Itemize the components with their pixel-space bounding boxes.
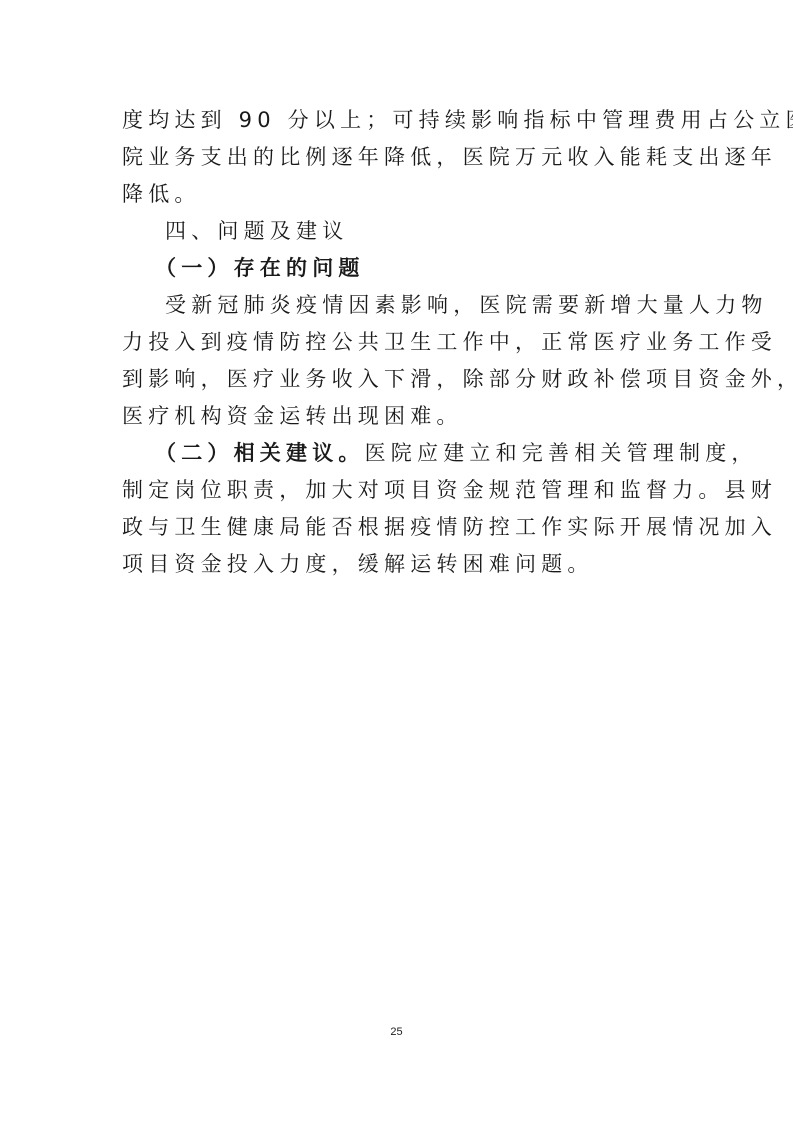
body-text-line: 制定岗位职责，加大对项目资金规范管理和监督力。县财 bbox=[122, 475, 682, 505]
page-number: 25 bbox=[0, 1026, 793, 1038]
body-text-line: 度均达到 90 分以上；可持续影响指标中管理费用占公立医 bbox=[122, 105, 682, 135]
subheading-suggestions: （二）相关建议。 bbox=[155, 441, 365, 465]
body-text-line: 力投入到疫情防控公共卫生工作中，正常医疗业务工作受 bbox=[122, 327, 682, 357]
body-text-line: 项目资金投入力度，缓解运转困难问题。 bbox=[122, 549, 682, 579]
body-text-line: 降低。 bbox=[122, 179, 682, 209]
body-text-line: 医疗机构资金运转出现困难。 bbox=[122, 401, 682, 431]
body-text-line: 政与卫生健康局能否根据疫情防控工作实际开展情况加入 bbox=[122, 512, 682, 542]
document-page: 度均达到 90 分以上；可持续影响指标中管理费用占公立医 院业务支出的比例逐年降… bbox=[0, 0, 793, 1122]
subheading-problems: （一）存在的问题 bbox=[155, 253, 715, 283]
section-heading: 四、问题及建议 bbox=[165, 216, 725, 246]
body-text-line: 到影响，医疗业务收入下滑，除部分财政补偿项目资金外， bbox=[122, 364, 682, 394]
suggestions-first-line: （二）相关建议。医院应建立和完善相关管理制度， bbox=[155, 438, 715, 468]
body-text: 医院应建立和完善相关管理制度， bbox=[365, 441, 758, 465]
body-text-line: 院业务支出的比例逐年降低，医院万元收入能耗支出逐年 bbox=[122, 142, 682, 172]
body-text-line: 受新冠肺炎疫情因素影响，医院需要新增大量人力物 bbox=[165, 290, 725, 320]
